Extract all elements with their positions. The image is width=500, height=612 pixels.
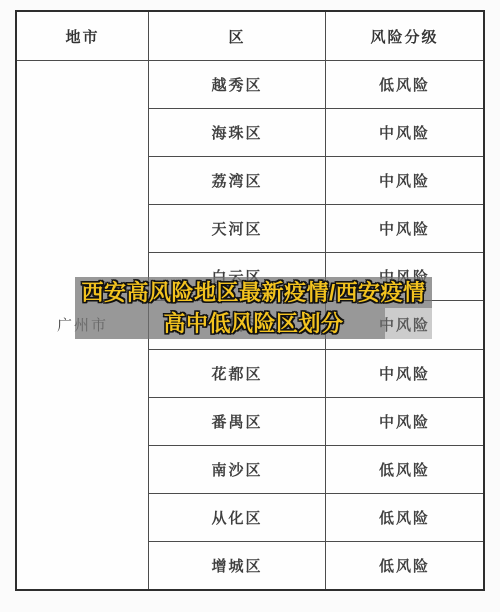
risk-cell: 低风险 bbox=[325, 445, 483, 493]
risk-cell: 低风险 bbox=[325, 493, 483, 541]
header-district: 区 bbox=[148, 12, 325, 60]
district-cell: 南沙区 bbox=[148, 445, 325, 493]
district-cell: 增城区 bbox=[148, 541, 325, 589]
banner-title-line2: 高中低风险区划分 bbox=[163, 308, 343, 339]
risk-cell: 中风险 bbox=[325, 397, 483, 445]
overlay-title-banner: 西安高风险地区最新疫情/西安疫情 高中低风险区划分 bbox=[75, 277, 432, 339]
header-city: 地市 bbox=[17, 12, 148, 60]
risk-cell: 中风险 bbox=[325, 156, 483, 204]
header-risk-level: 风险分级 bbox=[325, 12, 483, 60]
district-cell: 越秀区 bbox=[148, 60, 325, 108]
risk-cell: 低风险 bbox=[325, 60, 483, 108]
district-cell: 花都区 bbox=[148, 349, 325, 397]
risk-cell: 中风险 bbox=[325, 204, 483, 252]
risk-cell: 低风险 bbox=[325, 541, 483, 589]
page: 地市 区 风险分级 广州市 越秀区低风险海珠区中风险荔湾区中风险天河区中风险白云… bbox=[0, 0, 500, 612]
district-cell: 从化区 bbox=[148, 493, 325, 541]
banner-text: 西安高风险地区最新疫情/西安疫情 高中低风险区划分 bbox=[75, 277, 432, 339]
risk-cell: 中风险 bbox=[325, 108, 483, 156]
banner-title-line1: 西安高风险地区最新疫情/西安疫情 bbox=[81, 277, 425, 308]
district-cell: 荔湾区 bbox=[148, 156, 325, 204]
district-cell: 番禺区 bbox=[148, 397, 325, 445]
risk-cell: 中风险 bbox=[325, 349, 483, 397]
district-cell: 天河区 bbox=[148, 204, 325, 252]
district-cell: 海珠区 bbox=[148, 108, 325, 156]
